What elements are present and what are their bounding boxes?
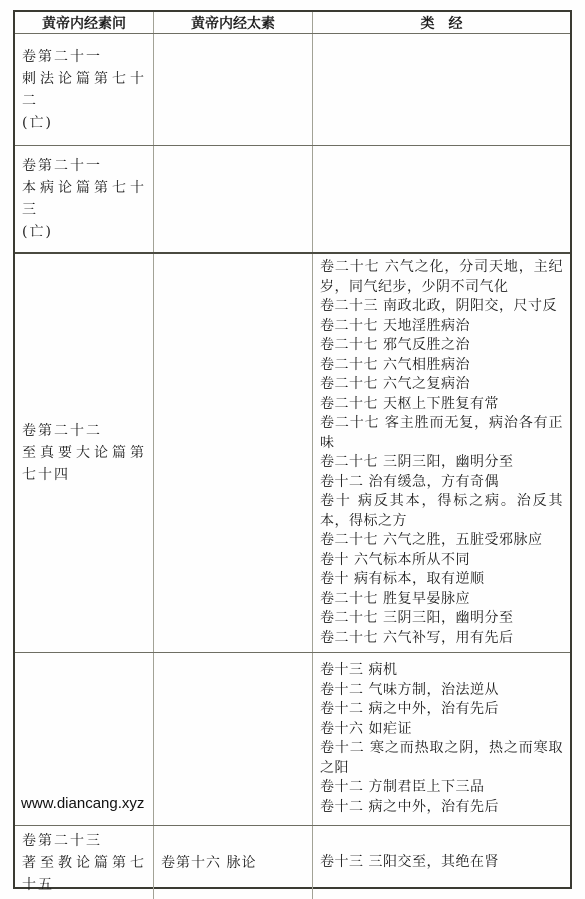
text-line: 卷二十七 邪气反胜之治 <box>320 336 563 356</box>
watermark-text: www.diancang.xyz <box>21 795 144 812</box>
table-row: 卷第二十一本病论篇第七十三(亡) <box>15 145 570 252</box>
cell-leijing: 卷十三 三阳交至，其绝在肾 <box>313 826 570 899</box>
text-line: 卷二十七 客主胜而无复，病治各有正味 <box>320 414 563 453</box>
concordance-table: 黄帝内经素问 黄帝内经太素 类 经 卷第二十一刺法论篇第七十二(亡) 卷第二十一… <box>13 10 572 889</box>
table-row: 卷第二十一刺法论篇第七十二(亡) <box>15 33 570 145</box>
cell-suwen: 卷第二十三著至教论篇第七十五 <box>15 826 153 899</box>
text-line: 卷十六 如疟证 <box>320 720 563 740</box>
text-line: 卷第二十一 <box>22 46 146 68</box>
column-header-taisu-label: 黄帝内经太素 <box>191 14 275 32</box>
document-page: 黄帝内经素问 黄帝内经太素 类 经 卷第二十一刺法论篇第七十二(亡) 卷第二十一… <box>0 0 585 899</box>
text-line: 卷十 病有标本，取有逆顺 <box>320 570 563 590</box>
cell-taisu <box>153 254 313 652</box>
text-line: 卷十 病反其本，得标之病。治反其本，得标之方 <box>320 492 563 531</box>
text-line: 卷二十七 三阴三阳，幽明分至 <box>320 609 563 629</box>
text-line: 卷二十七 六气之胜，五脏受邪脉应 <box>320 531 563 551</box>
text-line: 卷十二 病之中外，治有先后 <box>320 798 563 818</box>
text-line: 卷第二十一 <box>22 155 146 177</box>
cell-taisu <box>153 34 313 145</box>
text-line: 卷十二 方制君臣上下三品 <box>320 778 563 798</box>
cell-taisu <box>153 146 313 252</box>
text-line: (亡) <box>22 112 146 134</box>
column-header-taisu: 黄帝内经太素 <box>153 12 313 33</box>
text-line: 卷第二十二 <box>22 420 146 442</box>
text-line: 卷十二 病之中外，治有先后 <box>320 700 563 720</box>
cell-taisu <box>153 653 313 825</box>
text-line: 卷十三 三阳交至，其绝在肾 <box>320 853 563 873</box>
text-line: 卷十二 寒之而热取之阴，热之而寒取之阳 <box>320 739 563 778</box>
text-line: 卷二十七 天枢上下胜复有常 <box>320 395 563 415</box>
cell-leijing: 卷二十七 六气之化，分司天地，主纪岁，同气纪步，少阴不司气化卷二十三 南政北政，… <box>313 254 570 652</box>
text-line: 至真要大论篇第七十四 <box>22 442 146 486</box>
text-line: 本病论篇第七十三 <box>22 177 146 221</box>
text-line: 卷十 六气标本所从不同 <box>320 551 563 571</box>
text-line: 卷二十七 胜复早晏脉应 <box>320 590 563 610</box>
cell-suwen: 卷第二十一本病论篇第七十三(亡) <box>15 146 153 252</box>
text-line: 卷第十六 脉论 <box>161 852 305 874</box>
text-line: 卷二十七 六气之化，分司天地，主纪岁，同气纪步，少阴不司气化 <box>320 258 563 297</box>
column-header-leijing: 类 经 <box>313 12 570 33</box>
table-header-row: 黄帝内经素问 黄帝内经太素 类 经 <box>15 12 570 33</box>
cell-leijing <box>313 146 570 252</box>
table-row: 卷第二十二至真要大论篇第七十四 卷二十七 六气之化，分司天地，主纪岁，同气纪步，… <box>15 252 570 652</box>
column-header-leijing-label: 类 经 <box>421 14 463 32</box>
table-row: 卷第二十三著至教论篇第七十五 卷第十六 脉论 卷十三 三阳交至，其绝在肾 <box>15 825 570 899</box>
cell-suwen: 卷第二十二至真要大论篇第七十四 <box>15 254 153 652</box>
cell-taisu: 卷第十六 脉论 <box>153 826 313 899</box>
text-line: 刺法论篇第七十二 <box>22 68 146 112</box>
text-line: 卷二十七 六气之复病治 <box>320 375 563 395</box>
text-line: 卷十二 气味方制，治法逆从 <box>320 681 563 701</box>
text-line: 卷二十七 六气补写，用有先后 <box>320 629 563 649</box>
text-line: 卷二十三 南政北政，阴阳交，尺寸反 <box>320 297 563 317</box>
text-line: 卷二十七 六气相胜病治 <box>320 356 563 376</box>
text-line: 卷二十七 三阴三阳，幽明分至 <box>320 453 563 473</box>
text-line: 卷第二十三 <box>22 830 146 852</box>
text-line: 卷十三 病机 <box>320 661 563 681</box>
cell-leijing: 卷十三 病机卷十二 气味方制，治法逆从卷十二 病之中外，治有先后卷十六 如疟证卷… <box>313 653 570 825</box>
text-line: 卷二十七 天地淫胜病治 <box>320 317 563 337</box>
column-header-suwen-label: 黄帝内经素问 <box>42 14 126 32</box>
column-header-suwen: 黄帝内经素问 <box>15 12 153 33</box>
text-line: 卷十二 治有缓急，方有奇偶 <box>320 473 563 493</box>
cell-suwen: 卷第二十一刺法论篇第七十二(亡) <box>15 34 153 145</box>
text-line: (亡) <box>22 221 146 243</box>
cell-leijing <box>313 34 570 145</box>
text-line: 著至教论篇第七十五 <box>22 852 146 896</box>
